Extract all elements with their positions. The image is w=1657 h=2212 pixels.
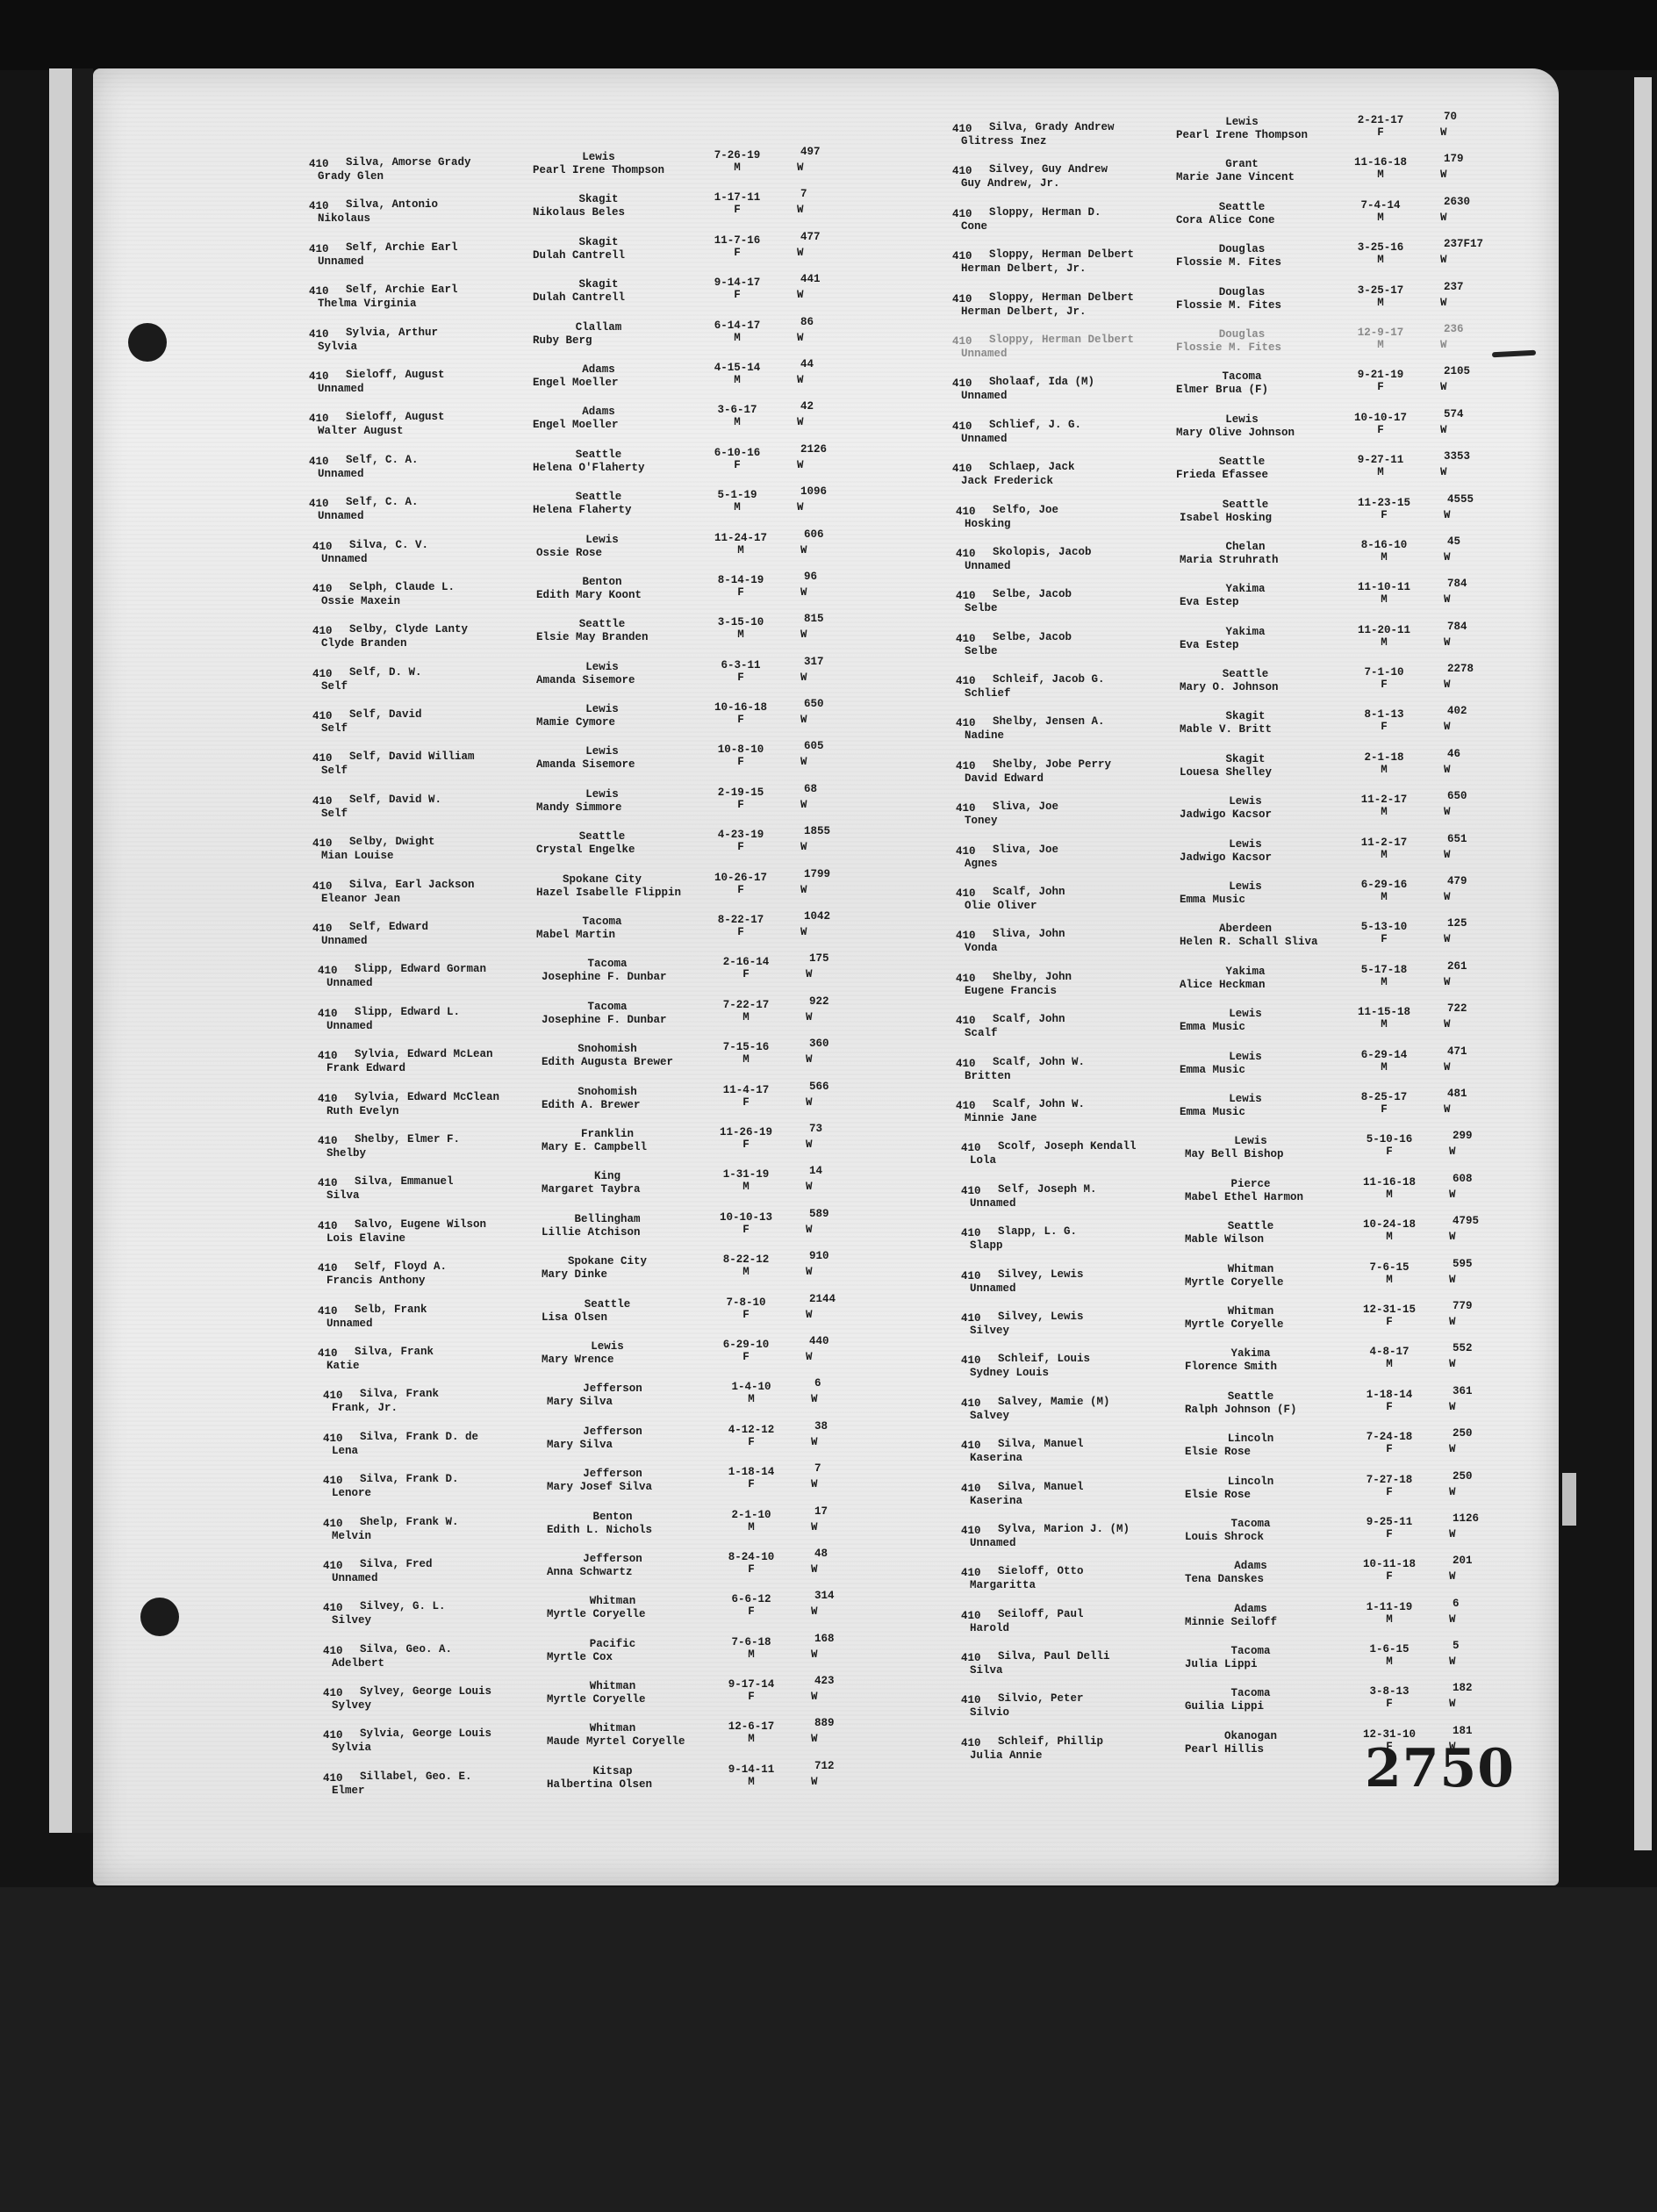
county-or-city: Yakima <box>1184 626 1307 639</box>
mother-name: Myrtle Coryelle <box>1185 1276 1284 1289</box>
mother-name: Edith A. Brewer <box>542 1099 641 1112</box>
birth-date: 7-22-17 <box>711 999 781 1012</box>
birth-date: 4-15-14 <box>702 362 772 375</box>
county-or-city: Lewis <box>541 534 664 547</box>
surname-and-father: Silvey, Lewis <box>998 1311 1084 1324</box>
surname-and-father: Silva, Antonio <box>346 198 438 212</box>
sex: F <box>711 1309 781 1322</box>
entry-code: 410 <box>323 1729 343 1742</box>
county-or-city: Seattle <box>1184 668 1307 681</box>
county-or-city: Lewis <box>1184 880 1307 894</box>
sex: M <box>1345 169 1416 182</box>
mother-name: Flossie M. Fites <box>1176 341 1281 355</box>
entry-code: 410 <box>961 1610 981 1623</box>
birth-date: 6-10-16 <box>702 447 772 460</box>
child-given-name: David Edward <box>965 772 1044 786</box>
race: W <box>1444 509 1451 522</box>
race: W <box>811 1563 818 1576</box>
index-entry: 410 Self, David W. Self Lewis Mandy Simm… <box>312 786 892 829</box>
entry-code: 410 <box>961 1567 981 1580</box>
child-given-name: Self <box>321 765 348 778</box>
birth-date: 1-18-14 <box>716 1466 786 1479</box>
certificate-number: 38 <box>814 1420 828 1433</box>
entry-code: 410 <box>961 1354 981 1368</box>
county-or-city: Snohomish <box>546 1086 669 1099</box>
sex: M <box>1349 593 1419 607</box>
index-entry: 410 Silva, Frank Frank, Jr. Jefferson Ma… <box>323 1381 902 1423</box>
certificate-number: 595 <box>1453 1258 1473 1271</box>
birth-date: 10-8-10 <box>706 743 776 757</box>
sex: M <box>711 1181 781 1194</box>
index-entry: 410 Silva, Antonio Nikolaus Skagit Nikol… <box>309 191 888 233</box>
sex: F <box>1354 1401 1424 1414</box>
sex: M <box>716 1648 786 1662</box>
index-entry: 410 Silvey, Lewis Unnamed Whitman Myrtle… <box>961 1261 1540 1303</box>
entry-code: 410 <box>956 1015 976 1028</box>
index-entry: 410 Sillabel, Geo. E. Elmer Kitsap Halbe… <box>323 1763 902 1806</box>
county-or-city: Tacoma <box>1189 1645 1312 1658</box>
surname-and-father: Self, Floyd A. <box>355 1260 447 1274</box>
sex: F <box>716 1478 786 1491</box>
sex: M <box>1349 976 1419 989</box>
county-or-city: Whitman <box>551 1680 674 1693</box>
birth-date: 11-26-19 <box>711 1126 781 1139</box>
certificate-number: 779 <box>1453 1300 1473 1313</box>
county-or-city: Tacoma <box>546 958 669 971</box>
child-given-name: Unnamed <box>318 255 364 269</box>
mother-name: Flossie M. Fites <box>1176 299 1281 312</box>
mother-name: Jadwigo Kacsor <box>1180 808 1272 822</box>
child-given-name: Walter August <box>318 425 404 438</box>
index-entry: 410 Sloppy, Herman Delbert Herman Delber… <box>952 241 1531 284</box>
mother-name: Florence Smith <box>1185 1361 1277 1374</box>
certificate-number: 46 <box>1447 748 1460 761</box>
entry-code: 410 <box>952 208 972 221</box>
mother-name: Cora Alice Cone <box>1176 214 1275 227</box>
index-entry: 410 Sliva, Joe Toney Lewis Jadwigo Kacso… <box>956 794 1535 836</box>
entry-code: 410 <box>961 1525 981 1538</box>
birth-date: 8-25-17 <box>1349 1091 1419 1104</box>
index-entry: 410 Silvey, Guy Andrew Guy Andrew, Jr. G… <box>952 156 1531 198</box>
birth-date: 2-19-15 <box>706 786 776 800</box>
county-or-city: Kitsap <box>551 1765 674 1778</box>
birth-date: 11-24-17 <box>706 532 776 545</box>
surname-and-father: Silva, Earl Jackson <box>349 879 475 892</box>
left-column-entries: 410 Silva, Amorse Grady Grady Glen Lewis… <box>309 149 888 1806</box>
child-given-name: Lena <box>332 1445 358 1458</box>
entry-code: 410 <box>323 1772 343 1785</box>
child-given-name: Self <box>321 722 348 736</box>
race: W <box>1444 849 1451 862</box>
sex: F <box>1349 721 1419 734</box>
certificate-number: 4555 <box>1447 493 1474 506</box>
county-or-city: Lincoln <box>1189 1433 1312 1446</box>
birth-date: 3-8-13 <box>1354 1685 1424 1698</box>
sex: M <box>1345 339 1416 352</box>
index-entry: 410 Silva, Emmanuel Silva King Margaret … <box>318 1168 897 1210</box>
sex: F <box>1349 509 1419 522</box>
index-entry: 410 Silva, Paul Delli Silva Tacoma Julia… <box>961 1643 1540 1685</box>
sex: M <box>711 1011 781 1024</box>
sex: F <box>1349 1103 1419 1117</box>
entry-code: 410 <box>961 1483 981 1496</box>
certificate-number: 181 <box>1453 1725 1473 1738</box>
birth-date: 12-6-17 <box>716 1720 786 1734</box>
mother-name: Elsie May Branden <box>536 631 649 644</box>
county-or-city: Lincoln <box>1189 1476 1312 1489</box>
county-or-city: Tacoma <box>1189 1687 1312 1700</box>
county-or-city: Pacific <box>551 1638 674 1651</box>
sex: F <box>716 1563 786 1576</box>
surname-and-father: Selph, Claude L. <box>349 581 455 594</box>
birth-date: 8-1-13 <box>1349 708 1419 722</box>
race: W <box>797 332 804 345</box>
sex: F <box>1354 1570 1424 1584</box>
mother-name: Flossie M. Fites <box>1176 256 1281 269</box>
race: W <box>800 884 807 897</box>
mother-name: Crystal Engelke <box>536 844 635 857</box>
sex: M <box>1345 466 1416 479</box>
county-or-city: Lewis <box>541 745 664 758</box>
index-entry: 410 Selph, Claude L. Ossie Maxein Benton… <box>312 574 892 616</box>
mother-name: Pearl Irene Thompson <box>1176 129 1308 142</box>
entry-code: 410 <box>961 1737 981 1750</box>
birth-date: 10-10-17 <box>1345 412 1416 425</box>
child-given-name: Shelby <box>326 1147 366 1160</box>
county-or-city: Lewis <box>541 661 664 674</box>
certificate-number: 45 <box>1447 535 1460 549</box>
certificate-number: 6 <box>1453 1598 1460 1611</box>
county-or-city: Seattle <box>1184 499 1307 512</box>
child-given-name: Minnie Jane <box>965 1112 1037 1125</box>
race: W <box>1444 679 1451 692</box>
race: W <box>797 289 804 302</box>
certificate-number: 236 <box>1444 323 1464 336</box>
county-or-city: Bellingham <box>546 1213 669 1226</box>
entry-code: 410 <box>312 837 333 851</box>
race: W <box>811 1605 818 1619</box>
certificate-number: 815 <box>804 613 824 626</box>
birth-date: 12-31-15 <box>1354 1303 1424 1317</box>
race: W <box>800 756 807 769</box>
index-entry: 410 Silva, C. V. Unnamed Lewis Ossie Ros… <box>312 532 892 574</box>
sex: F <box>702 247 772 260</box>
entry-code: 410 <box>961 1440 981 1453</box>
surname-and-father: Silva, Manuel <box>998 1438 1084 1451</box>
child-given-name: Unnamed <box>965 560 1011 573</box>
mother-name: Margaret Taybra <box>542 1183 641 1196</box>
index-entry: 410 Schleif, Louis Sydney Louis Yakima F… <box>961 1346 1540 1388</box>
certificate-number: 2126 <box>800 443 827 456</box>
certificate-number: 237 <box>1444 281 1464 294</box>
entry-code: 410 <box>312 625 333 638</box>
child-given-name: Clyde Branden <box>321 637 407 650</box>
certificate-number: 566 <box>809 1081 829 1094</box>
county-or-city: Lewis <box>1184 1008 1307 1021</box>
birth-date: 11-2-17 <box>1349 794 1419 807</box>
child-given-name: Julia Annie <box>970 1749 1043 1763</box>
surname-and-father: Shelby, John <box>993 971 1072 984</box>
index-entry: 410 Silva, Fred Unnamed Jefferson Anna S… <box>323 1551 902 1593</box>
mother-name: Mary Silva <box>547 1396 613 1409</box>
certificate-number: 1799 <box>804 868 830 881</box>
certificate-number: 722 <box>1447 1002 1467 1016</box>
entry-code: 410 <box>309 413 329 426</box>
county-or-city: Franklin <box>546 1128 669 1141</box>
child-given-name: Cone <box>961 220 987 233</box>
race: W <box>797 247 804 260</box>
certificate-number: 497 <box>800 146 821 159</box>
birth-date: 1-11-19 <box>1354 1601 1424 1614</box>
race: W <box>1440 212 1447 225</box>
birth-date: 7-8-10 <box>711 1296 781 1310</box>
entry-code: 410 <box>318 1008 338 1021</box>
entry-code: 410 <box>961 1397 981 1411</box>
entry-code: 410 <box>952 165 972 178</box>
county-or-city: Spokane City <box>546 1255 669 1268</box>
race: W <box>1449 1698 1456 1711</box>
index-entry: 410 Skolopis, Jacob Unnamed Chelan Maria… <box>956 539 1535 581</box>
child-given-name: Kaserina <box>970 1452 1022 1465</box>
birth-date: 2-1-18 <box>1349 751 1419 765</box>
child-given-name: Frank Edward <box>326 1062 405 1075</box>
sex: M <box>1349 849 1419 862</box>
sex: F <box>706 714 776 727</box>
surname-and-father: Selby, Clyde Lanty <box>349 623 468 636</box>
county-or-city: Tacoma <box>541 916 664 929</box>
mother-name: Mary Josef Silva <box>547 1481 652 1494</box>
child-given-name: Sylvey <box>332 1699 371 1713</box>
entry-code: 410 <box>323 1687 343 1700</box>
certificate-number: 784 <box>1447 621 1467 634</box>
surname-and-father: Sloppy, Herman Delbert <box>989 334 1134 347</box>
birth-date: 9-14-17 <box>702 276 772 290</box>
entry-code: 410 <box>312 795 333 808</box>
surname-and-father: Silvey, G. L. <box>360 1600 446 1613</box>
race: W <box>806 1181 813 1194</box>
sex: M <box>1354 1613 1424 1627</box>
birth-date: 8-24-10 <box>716 1551 786 1564</box>
child-given-name: Selbe <box>965 602 998 615</box>
sex: F <box>702 289 772 302</box>
race: W <box>1444 1103 1451 1117</box>
birth-date: 4-23-19 <box>706 829 776 842</box>
index-entry: 410 Shelby, John Eugene Francis Yakima A… <box>956 964 1535 1006</box>
race: W <box>811 1776 818 1789</box>
sex: M <box>706 544 776 557</box>
certificate-number: 589 <box>809 1208 829 1221</box>
birth-date: 10-10-13 <box>711 1211 781 1224</box>
index-entry: 410 Self, Floyd A. Francis Anthony Spoka… <box>318 1253 897 1296</box>
mother-name: Mable Wilson <box>1185 1233 1264 1246</box>
mother-name: Ralph Johnson (F) <box>1185 1404 1297 1417</box>
surname-and-father: Shelby, Elmer F. <box>355 1133 460 1146</box>
entry-code: 410 <box>318 1177 338 1190</box>
birth-date: 8-22-12 <box>711 1253 781 1267</box>
child-given-name: Silva <box>970 1664 1003 1677</box>
surname-and-father: Skolopis, Jacob <box>993 546 1092 559</box>
surname-and-father: Sliva, Joe <box>993 801 1058 814</box>
sex: F <box>716 1605 786 1619</box>
birth-date: 4-12-12 <box>716 1424 786 1437</box>
birth-date: 5-17-18 <box>1349 964 1419 977</box>
county-or-city: Seattle <box>1189 1390 1312 1404</box>
child-given-name: Thelma Virginia <box>318 298 417 311</box>
entry-code: 410 <box>956 633 976 646</box>
entry-code: 410 <box>309 243 329 256</box>
mother-name: Maria Struhrath <box>1180 554 1279 567</box>
surname-and-father: Self, C. A. <box>346 496 419 509</box>
entry-code: 410 <box>323 1645 343 1658</box>
sex: F <box>716 1436 786 1449</box>
certificate-number: 922 <box>809 995 829 1009</box>
surname-and-father: Silva, Manuel <box>998 1481 1084 1494</box>
entry-code: 410 <box>318 1262 338 1275</box>
sex: F <box>1354 1145 1424 1159</box>
child-given-name: Toney <box>965 815 998 828</box>
child-given-name: Nikolaus <box>318 212 370 226</box>
county-or-city: Seattle <box>541 618 664 631</box>
birth-date: 3-25-17 <box>1345 284 1416 298</box>
entry-code: 410 <box>961 1652 981 1665</box>
certificate-number: 552 <box>1453 1342 1473 1355</box>
sex: M <box>1349 891 1419 904</box>
surname-and-father: Silva, Frank <box>355 1346 434 1359</box>
county-or-city: Benton <box>551 1511 674 1524</box>
surname-and-father: Silvey, Lewis <box>998 1268 1084 1282</box>
mother-name: Ossie Rose <box>536 547 602 560</box>
certificate-number: 5 <box>1453 1640 1460 1653</box>
sex: F <box>1345 126 1416 140</box>
certificate-number: 3353 <box>1444 450 1470 463</box>
entry-code: 410 <box>309 158 329 171</box>
certificate-number: 1855 <box>804 825 830 838</box>
surname-and-father: Self, C. A. <box>346 454 419 467</box>
mother-name: Isabel Hosking <box>1180 512 1272 525</box>
surname-and-father: Silva, Amorse Grady <box>346 156 471 169</box>
entry-code: 410 <box>312 541 333 554</box>
county-or-city: Whitman <box>551 1722 674 1735</box>
mother-name: Emma Music <box>1180 1106 1245 1119</box>
entry-code: 410 <box>956 845 976 858</box>
surname-and-father: Sloppy, Herman Delbert <box>989 291 1134 305</box>
race: W <box>800 671 807 685</box>
child-given-name: Unnamed <box>970 1197 1016 1210</box>
child-given-name: Silva <box>326 1189 360 1203</box>
index-entry: 410 Silva, Manuel Kaserina Lincoln Elsie… <box>961 1474 1540 1516</box>
surname-and-father: Silva, Geo. A. <box>360 1643 452 1656</box>
race: W <box>1440 297 1447 310</box>
mother-name: Tena Danskes <box>1185 1573 1264 1586</box>
sex: M <box>702 501 772 514</box>
birth-date: 9-14-11 <box>716 1763 786 1777</box>
birth-date: 1-17-11 <box>702 191 772 205</box>
mother-name: Emma Music <box>1180 1021 1245 1034</box>
county-or-city: Tacoma <box>546 1001 669 1014</box>
certificate-number: 96 <box>804 571 817 584</box>
race: W <box>806 1053 813 1066</box>
entry-code: 410 <box>952 250 972 263</box>
child-given-name: Britten <box>965 1070 1011 1083</box>
index-entry: 410 Sloppy, Herman D. Cone Seattle Cora … <box>952 199 1531 241</box>
sex: M <box>711 1053 781 1066</box>
certificate-number: 481 <box>1447 1088 1467 1101</box>
child-given-name: Glitress Inez <box>961 135 1047 148</box>
race: W <box>1449 1486 1456 1499</box>
county-or-city: Adams <box>537 363 660 377</box>
race: W <box>800 926 807 939</box>
child-given-name: Scalf <box>965 1027 998 1040</box>
certificate-number: 73 <box>809 1123 822 1136</box>
race: W <box>811 1648 818 1662</box>
mother-name: Myrtle Coryelle <box>547 1693 646 1706</box>
index-entry: 410 Selby, Clyde Lanty Clyde Branden Sea… <box>312 616 892 658</box>
mother-name: Josephine F. Dunbar <box>542 1014 667 1027</box>
child-given-name: Herman Delbert, Jr. <box>961 305 1087 319</box>
certificate-number: 42 <box>800 400 814 413</box>
entry-code: 410 <box>956 973 976 986</box>
mother-name: Helen R. Schall Sliva <box>1180 936 1318 949</box>
race: W <box>806 1351 813 1364</box>
surname-and-father: Silva, C. V. <box>349 539 428 552</box>
birth-date: 9-17-14 <box>716 1678 786 1691</box>
sex: F <box>1354 1486 1424 1499</box>
certificate-number: 910 <box>809 1250 829 1263</box>
certificate-number: 261 <box>1447 960 1467 973</box>
index-entry: 410 Silvey, Lewis Silvey Whitman Myrtle … <box>961 1303 1540 1346</box>
surname-and-father: Silva, Paul Delli <box>998 1650 1110 1663</box>
county-or-city: Seattle <box>537 449 660 462</box>
race: W <box>1444 764 1451 777</box>
entry-code: 410 <box>956 717 976 730</box>
child-given-name: Unnamed <box>970 1282 1016 1296</box>
mother-name: Mabel Ethel Harmon <box>1185 1191 1303 1204</box>
surname-and-father: Scalf, John <box>993 886 1065 899</box>
child-given-name: Self <box>321 680 348 693</box>
certificate-number: 17 <box>814 1505 828 1519</box>
surname-and-father: Slipp, Edward Gorman <box>355 963 486 976</box>
birth-date: 6-14-17 <box>702 320 772 333</box>
certificate-number: 168 <box>814 1633 835 1646</box>
entry-code: 410 <box>312 880 333 894</box>
sex: M <box>1349 1061 1419 1074</box>
entry-code: 410 <box>309 328 329 341</box>
certificate-number: 2105 <box>1444 365 1470 378</box>
entry-code: 410 <box>323 1518 343 1531</box>
birth-date: 11-2-17 <box>1349 837 1419 850</box>
index-entry: 410 Self, Archie Earl Unnamed Skagit Dul… <box>309 234 888 276</box>
child-given-name: Lola <box>970 1154 996 1167</box>
certificate-number: 182 <box>1453 1682 1473 1695</box>
surname-and-father: Selbe, Jacob <box>993 588 1072 601</box>
entry-code: 410 <box>952 335 972 348</box>
index-entry: 410 Self, Archie Earl Thelma Virginia Sk… <box>309 276 888 319</box>
entry-code: 410 <box>309 370 329 384</box>
index-entry: 410 Self, Edward Unnamed Tacoma Mabel Ma… <box>312 914 892 956</box>
entry-code: 410 <box>956 590 976 603</box>
certificate-number: 1096 <box>800 485 827 499</box>
entry-code: 410 <box>961 1185 981 1198</box>
certificate-number: 605 <box>804 740 824 753</box>
birth-date: 6-29-14 <box>1349 1049 1419 1062</box>
surname-and-father: Sylvia, Edward McLean <box>355 1048 493 1061</box>
certificate-number: 423 <box>814 1675 835 1688</box>
race: W <box>797 459 804 472</box>
surname-and-father: Sieloff, Otto <box>998 1565 1084 1578</box>
mother-name: Anna Schwartz <box>547 1566 633 1579</box>
sex: M <box>1349 764 1419 777</box>
sex: M <box>716 1393 786 1406</box>
